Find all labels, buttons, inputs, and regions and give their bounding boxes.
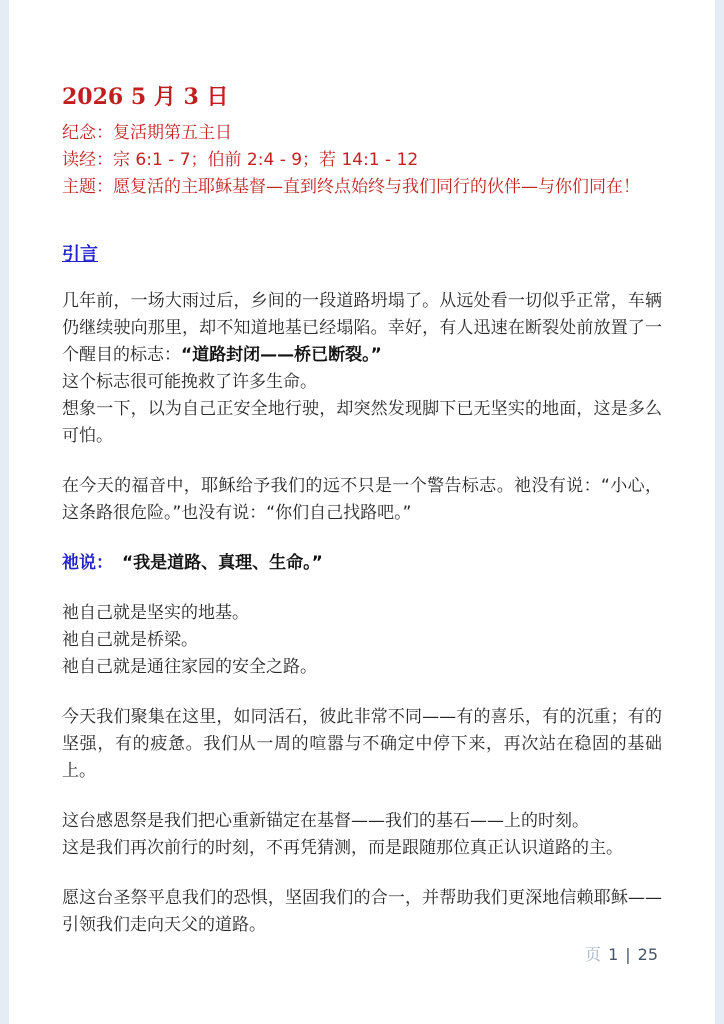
paragraph-he-himself: 祂自己就是坚实的地基。 祂自己就是桥梁。 祂自己就是通往家园的安全之路。 (62, 600, 662, 681)
document-page: 2026 5 月 3 日 纪念：复活期第五主日 读经：宗 6:1 - 7；伯前 … (0, 0, 724, 1024)
road-sign-quote: “道路封闭——桥已断裂。” (181, 345, 382, 365)
theme-line: 主题：愿复活的主耶稣基督—直到终点始终与我们同行的伙伴—与你们同在！ (62, 174, 662, 201)
footer-separator: | (625, 945, 630, 964)
page-left-edge (0, 0, 9, 1024)
he-said-label: 祂说： (62, 553, 113, 573)
road-story-line-imagine: 想象一下，以为自己正安全地行驶，却突然发现脚下已无坚实的地面，这是多么可怕。 (62, 396, 662, 450)
section-title-intro: 引言 (62, 241, 662, 268)
footer-total-pages: 25 (638, 945, 658, 964)
he-said-line: 祂说：“我是道路、真理、生命。” (62, 550, 662, 577)
document-content: 2026 5 月 3 日 纪念：复活期第五主日 读经：宗 6:1 - 7；伯前 … (62, 84, 662, 939)
footer-page-label: 页 (585, 945, 601, 964)
paragraph-gathered: 今天我们聚集在这里，如同活石，彼此非常不同——有的喜乐，有的沉重；有的坚强，有的… (62, 704, 662, 785)
page-right-edge (715, 0, 724, 1024)
line-safe-way: 祂自己就是通往家园的安全之路。 (62, 654, 662, 681)
footer-page-number: 1 (608, 945, 618, 964)
readings-line: 读经：宗 6:1 - 7；伯前 2:4 - 9；若 14:1 - 12 (62, 147, 662, 174)
paragraph-eucharist: 这台感恩祭是我们把心重新锚定在基督——我们的基石——上的时刻。 这是我们再次前行… (62, 808, 662, 862)
line-anchor: 这台感恩祭是我们把心重新锚定在基督——我们的基石——上的时刻。 (62, 808, 662, 835)
line-forward: 这是我们再次前行的时刻，不再凭猜测，而是跟随那位真正认识道路的主。 (62, 835, 662, 862)
page-footer: 页1|25 (585, 944, 658, 966)
road-story-line-saved: 这个标志很可能挽救了许多生命。 (62, 369, 662, 396)
line-bridge: 祂自己就是桥梁。 (62, 627, 662, 654)
memorial-line: 纪念：复活期第五主日 (62, 120, 662, 147)
line-foundation: 祂自己就是坚实的地基。 (62, 600, 662, 627)
date-heading: 2026 5 月 3 日 (62, 84, 662, 110)
paragraph-road-story: 几年前，一场大雨过后，乡间的一段道路坍塌了。从远处看一切似乎正常，车辆仍继续驶向… (62, 288, 662, 450)
paragraph-gospel: 在今天的福音中，耶稣给予我们的远不只是一个警告标志。祂没有说：“小心，这条路很危… (62, 473, 662, 527)
paragraph-prayer: 愿这台圣祭平息我们的恐惧，坚固我们的合一，并帮助我们更深地信赖耶稣——引领我们走… (62, 885, 662, 939)
jesus-quote: “我是道路、真理、生命。” (122, 553, 323, 573)
